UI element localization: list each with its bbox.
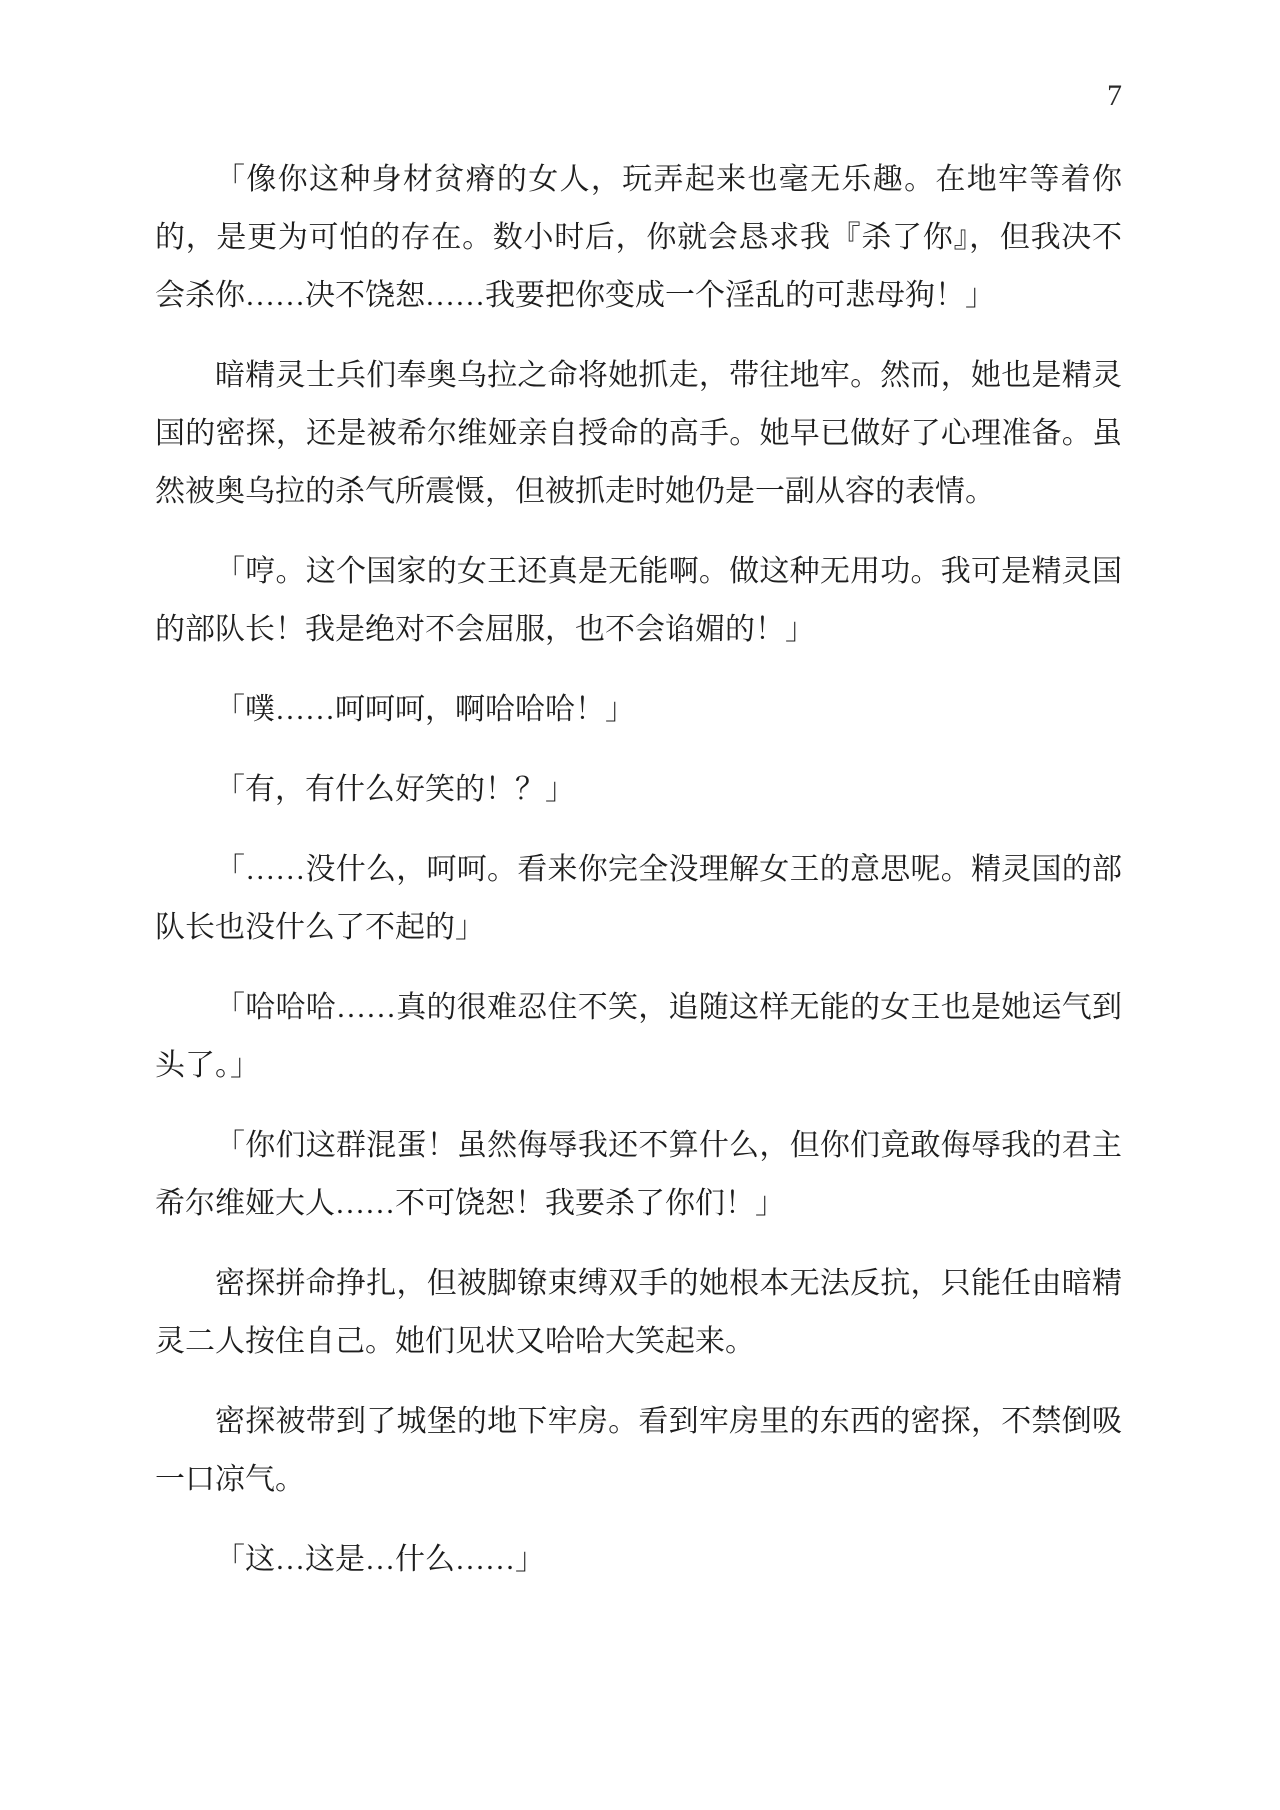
page-body: 「像你这种身材贫瘠的女人，玩弄起来也毫无乐趣。在地牢等着你的，是更为可怕的存在。… <box>155 151 1122 1589</box>
paragraph: 「你们这群混蛋！虽然侮辱我还不算什么，但你们竟敢侮辱我的君主希尔维娅大人……不可… <box>155 1117 1122 1233</box>
page-number: 7 <box>155 81 1122 111</box>
paragraph: 「这…这是…什么……」 <box>155 1531 1122 1589</box>
novel-page: 7 「像你这种身材贫瘠的女人，玩弄起来也毫无乐趣。在地牢等着你的，是更为可怕的存… <box>0 0 1280 1810</box>
paragraph: 「……没什么，呵呵。看来你完全没理解女王的意思呢。精灵国的部队长也没什么了不起的… <box>155 841 1122 957</box>
paragraph: 密探被带到了城堡的地下牢房。看到牢房里的东西的密探，不禁倒吸一口凉气。 <box>155 1393 1122 1509</box>
paragraph: 密探拼命挣扎，但被脚镣束缚双手的她根本无法反抗，只能任由暗精灵二人按住自己。她们… <box>155 1255 1122 1371</box>
paragraph: 「噗……呵呵呵，啊哈哈哈！」 <box>155 681 1122 739</box>
paragraph: 「哈哈哈……真的很难忍住不笑，追随这样无能的女王也是她运气到头了。」 <box>155 979 1122 1095</box>
paragraph: 「有，有什么好笑的！？」 <box>155 761 1122 819</box>
paragraph: 暗精灵士兵们奉奥乌拉之命将她抓走，带往地牢。然而，她也是精灵国的密探，还是被希尔… <box>155 347 1122 521</box>
paragraph: 「像你这种身材贫瘠的女人，玩弄起来也毫无乐趣。在地牢等着你的，是更为可怕的存在。… <box>155 151 1122 325</box>
paragraph: 「哼。这个国家的女王还真是无能啊。做这种无用功。我可是精灵国的部队长！我是绝对不… <box>155 543 1122 659</box>
